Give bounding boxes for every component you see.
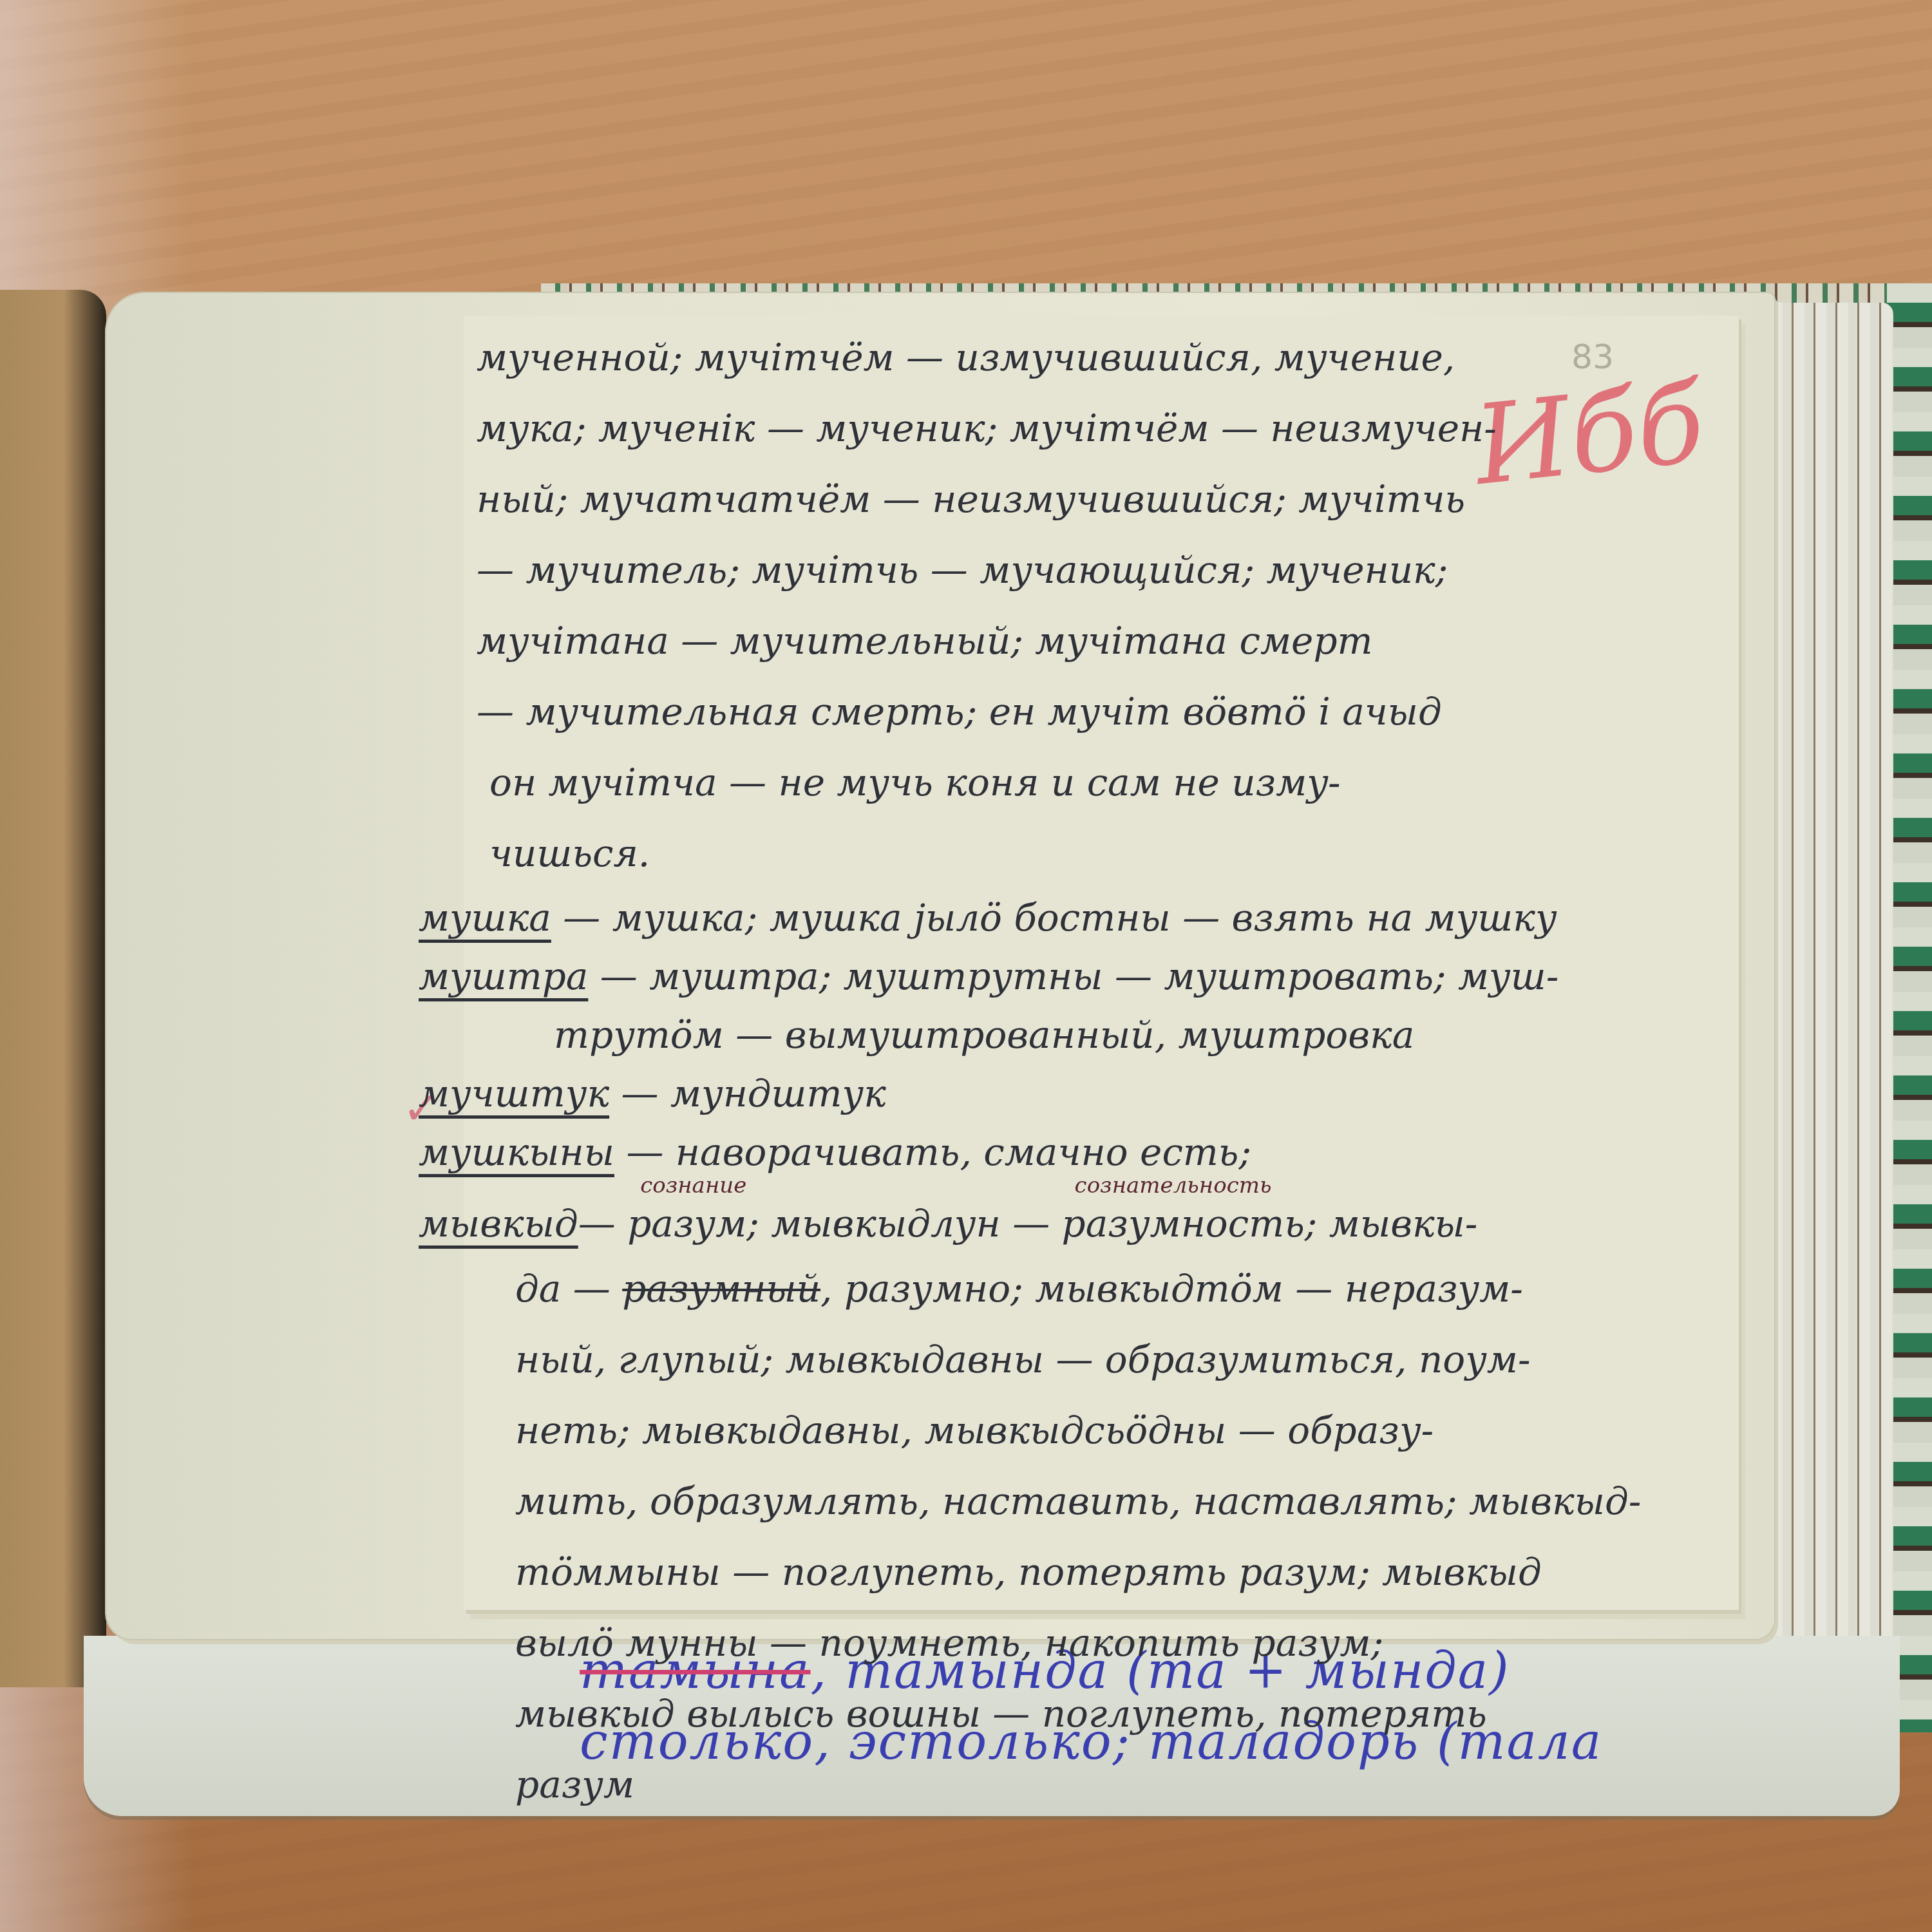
entry-continuation: мывкыд вылысь вошны — поглупеть, потерят…: [477, 1678, 1739, 1749]
definition: — мундштук: [621, 1072, 885, 1115]
headword: мучштук: [419, 1072, 609, 1115]
entry-continuation: разум: [477, 1749, 1739, 1820]
entry-continuation: неть; мывкыдавны, мывкыдсьöдны — образу-: [477, 1395, 1739, 1466]
headword: мушкыны: [419, 1130, 614, 1174]
manuscript-text: мученной; мучітчём — измучившийся, мучен…: [477, 322, 1739, 1820]
definition: — мушка; мушка jылö боcтны — взять на му…: [563, 896, 1557, 940]
dictionary-entry-mushtra: муштра — муштра; муштрутны — муштровать;…: [419, 947, 1739, 1006]
entry-continuation: да — разумный, разумно; мывкыдтöм — нера…: [477, 1253, 1739, 1324]
dictionary-entry-mundshtuk: мучштук — мундштук: [419, 1065, 1739, 1123]
dictionary-entry-mushka: мушка — мушка; мушка jылö боcтны — взять…: [419, 889, 1739, 947]
struck-word: разумный: [622, 1267, 820, 1311]
dictionary-entry-myvkyd: мывкыд— сознаниеразум; мывкыдлун — созна…: [419, 1195, 1739, 1253]
entry-continuation: трутöм — вымуштрованный, муштровка: [477, 1006, 1739, 1065]
text-line: — мучитель; мучітчь — мучающийся; мучени…: [477, 535, 1739, 605]
entry-continuation: тöммыны — поглупеть, потерять разум; мыв…: [477, 1537, 1739, 1607]
definition: — муштра; муштрутны — муштровать; муш-: [600, 954, 1558, 998]
text-line: мучітана — мучительный; мучітана смерт: [477, 605, 1739, 676]
corrected-word: сознаниеразум: [627, 1202, 746, 1245]
text-line: мученной; мучітчём — измучившийся, мучен…: [477, 322, 1739, 393]
text-line: ный; мучатчатчём — неизмучившийся; мучіт…: [477, 464, 1739, 535]
marbled-binding-right: [1887, 283, 1932, 1732]
entry-continuation: мить, образумлять, наставить, наставлять…: [477, 1466, 1739, 1537]
text-line: чишься.: [477, 818, 1739, 889]
text-line: он мучітча — не мучь коня и сам не измy-: [477, 747, 1739, 818]
definition: — наворачивать, смачно есть;: [626, 1130, 1251, 1174]
correction-above: сознательность: [1075, 1175, 1272, 1197]
headword: мушка: [419, 896, 551, 940]
entry-continuation: ный, глупый; мывкыдавны — образумиться, …: [477, 1324, 1739, 1395]
text-line: — мучительная смерть; ен мучіт вöвтö і а…: [477, 676, 1739, 747]
correction-above: сознание: [640, 1175, 746, 1197]
headword: мывкыд: [419, 1202, 578, 1245]
headword: муштра: [419, 954, 588, 998]
left-facing-page: [0, 290, 106, 1687]
corrected-word: сознательностьразумность: [1062, 1202, 1305, 1245]
entry-continuation: вылö мунны — поумнеть, накопить разум;: [477, 1607, 1739, 1678]
text-line: мука; мученік — мученик; мучітчём — неиз…: [477, 393, 1739, 464]
